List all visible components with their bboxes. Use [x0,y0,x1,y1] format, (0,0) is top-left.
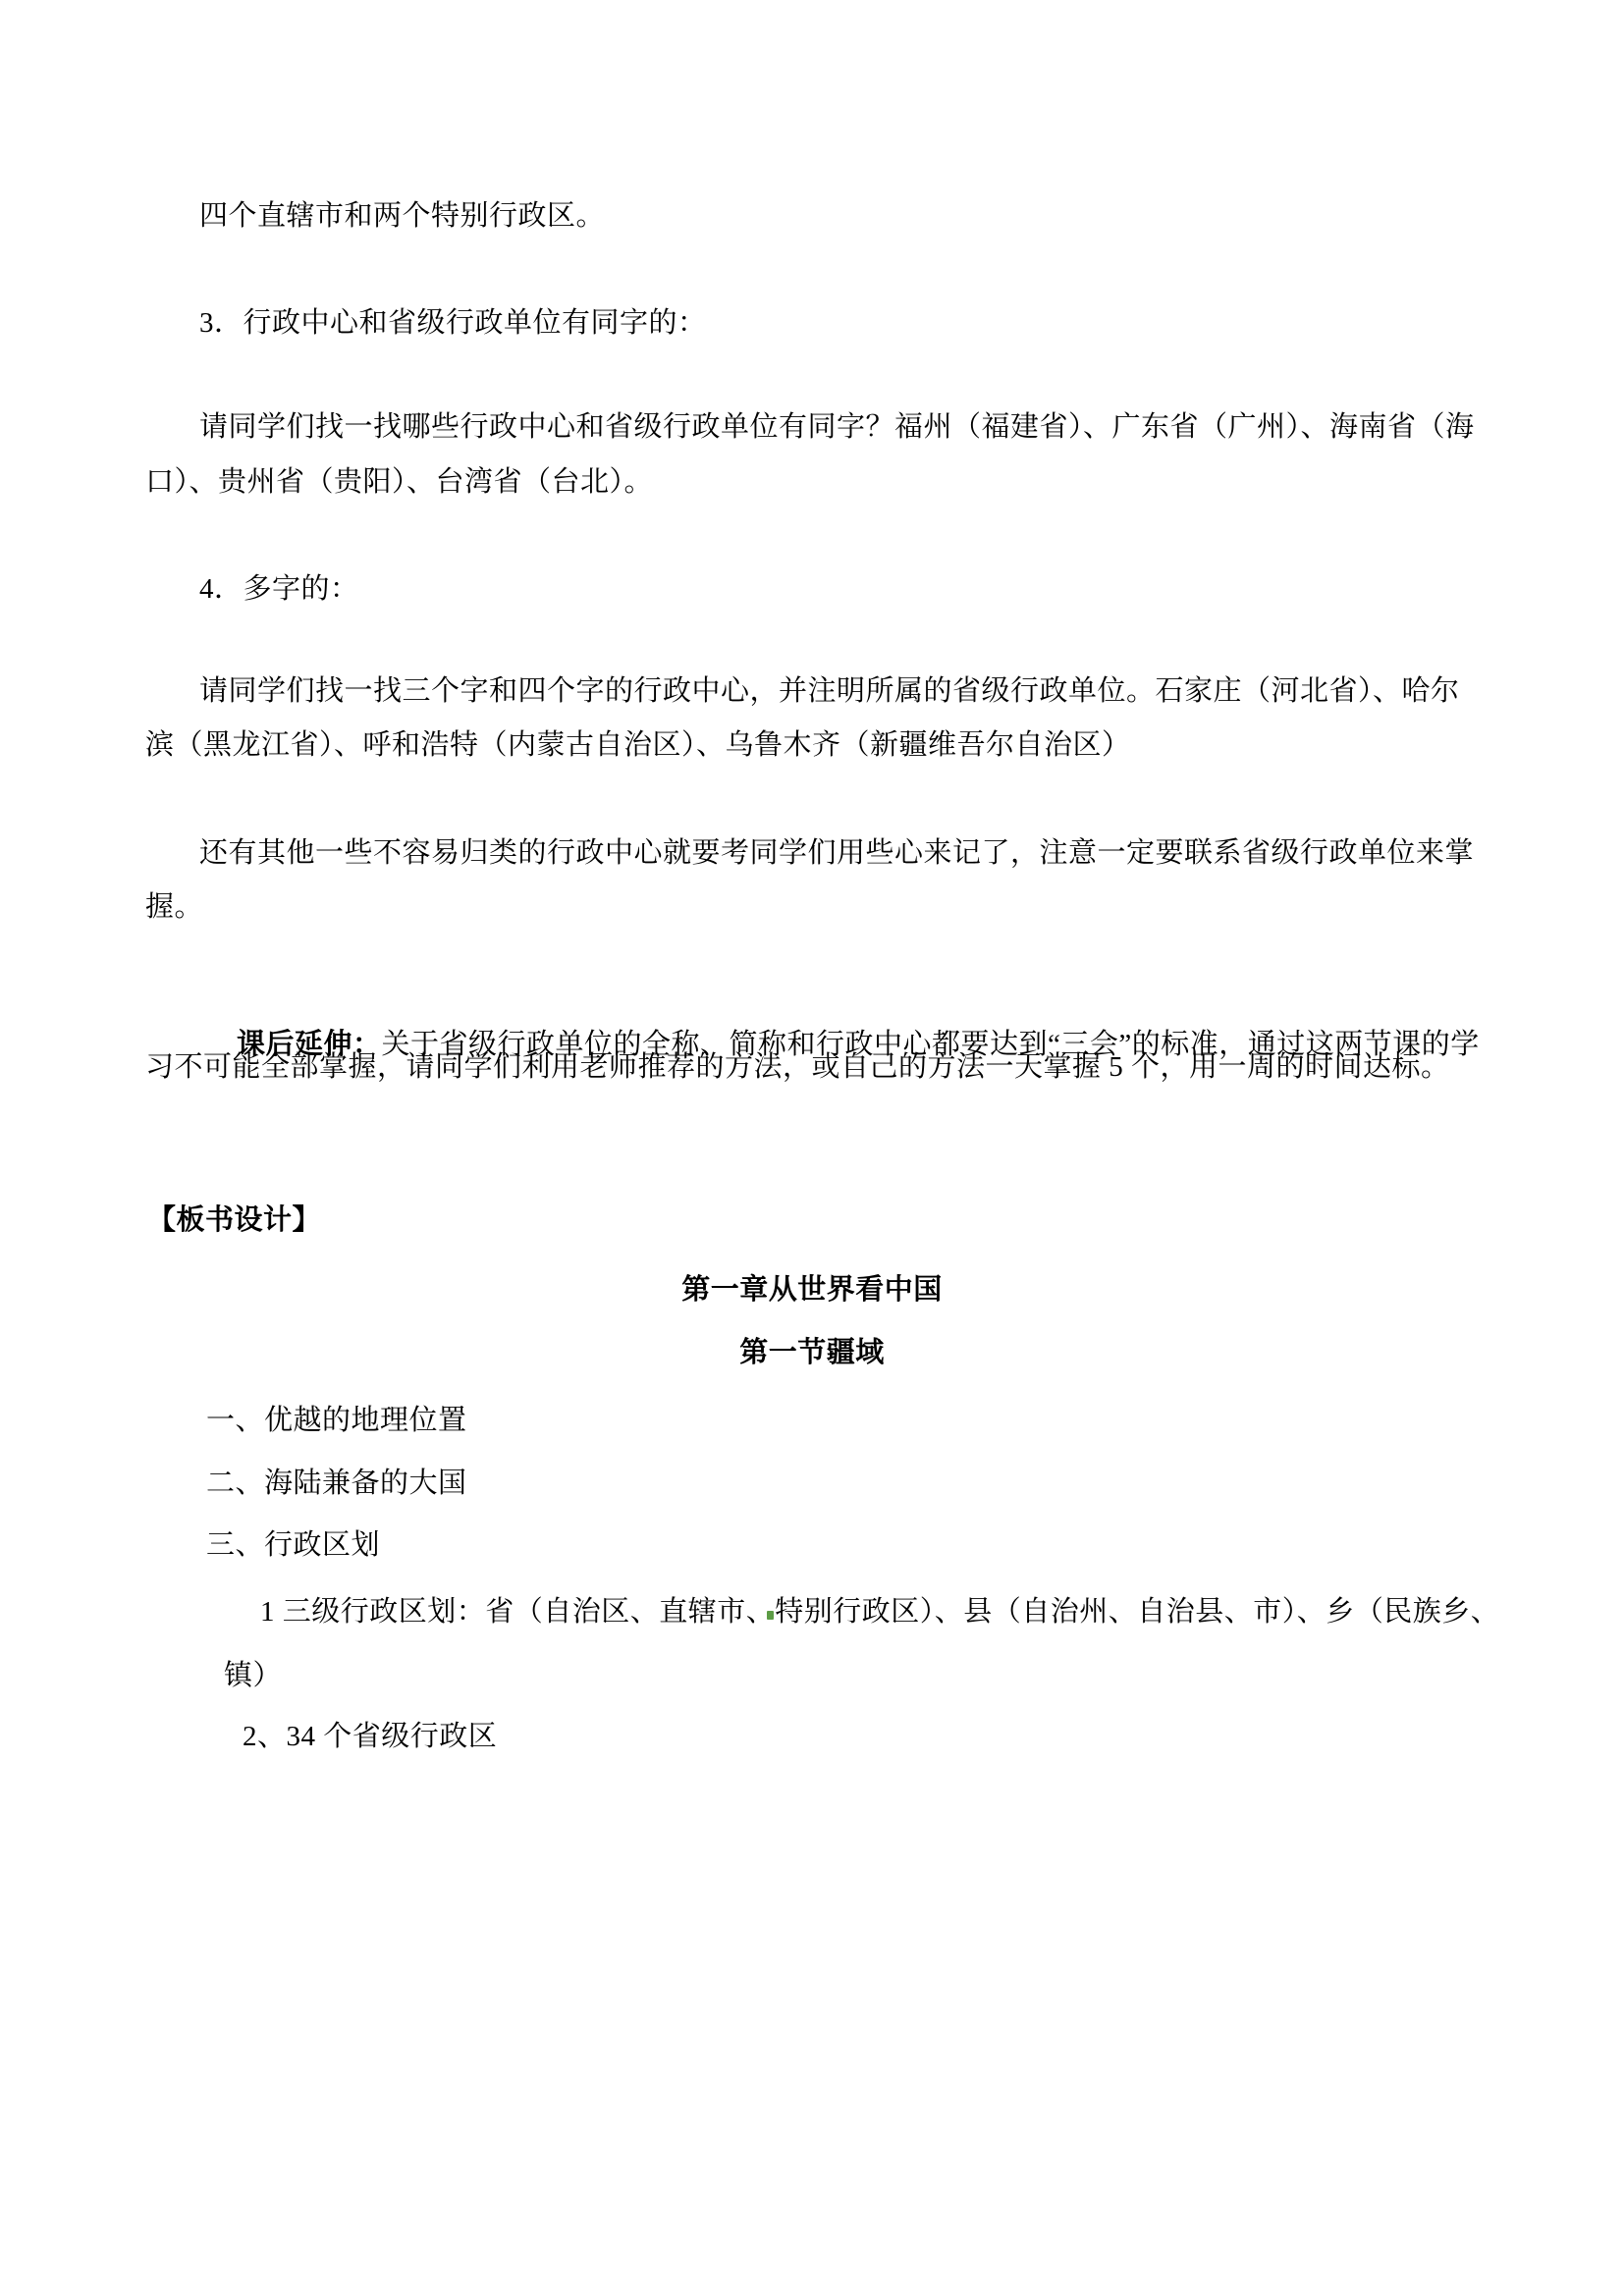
paragraph-homework-extension-line-2: 习不可能全部掌握，请同学们利用老师推荐的方法，或自己的方法一天掌握 5 个，用一… [145,1050,1450,1084]
document-page: 四个直辖市和两个特别行政区。 3．行政中心和省级行政单位有同字的： 请同学们找一… [0,0,1624,2296]
spellcheck-squiggle [767,1611,774,1620]
paragraph-same-character-line-2: 口）、贵州省（贵阳）、台湾省（台北）。 [145,465,653,499]
board-subitem-1-line-2: 镇） [224,1659,282,1692]
board-item-1: 一、优越的地理位置 [206,1404,467,1437]
list-heading-3: 3．行政中心和省级行政单位有同字的： [199,306,707,340]
section-heading-board-design: 【板书设计】 [147,1203,321,1237]
board-title-section: 第一节疆域 [0,1336,1624,1369]
board-item-2: 二、海陆兼备的大国 [206,1467,467,1500]
paragraph-multi-character-line-2: 滨（黑龙江省）、呼和浩特（内蒙古自治区）、乌鲁木齐（新疆维吾尔自治区） [145,728,1131,762]
list-heading-4: 4．多字的： [199,572,359,606]
paragraph-continuation-line: 四个直辖市和两个特别行政区。 [199,199,605,233]
board-title-chapter: 第一章从世界看中国 [0,1273,1624,1307]
paragraph-other-centers-line-2: 握。 [145,890,203,924]
board-subitem-1-line-1: 1 三级行政区划：省（自治区、直辖市、特别行政区）、县（自治州、自治县、市）、乡… [260,1595,1499,1629]
board-subitem-2: 2、34 个省级行政区 [243,1720,497,1753]
paragraph-other-centers-line-1: 还有其他一些不容易归类的行政中心就要考同学们用些心来记了，注意一定要联系省级行政… [199,836,1474,870]
board-item-3: 三、行政区划 [206,1528,380,1562]
paragraph-same-character-line-1: 请同学们找一找哪些行政中心和省级行政单位有同字？福州（福建省）、广东省（广州）、… [199,410,1475,444]
paragraph-multi-character-line-1: 请同学们找一找三个字和四个字的行政中心，并注明所属的省级行政单位。石家庄（河北省… [199,674,1460,708]
